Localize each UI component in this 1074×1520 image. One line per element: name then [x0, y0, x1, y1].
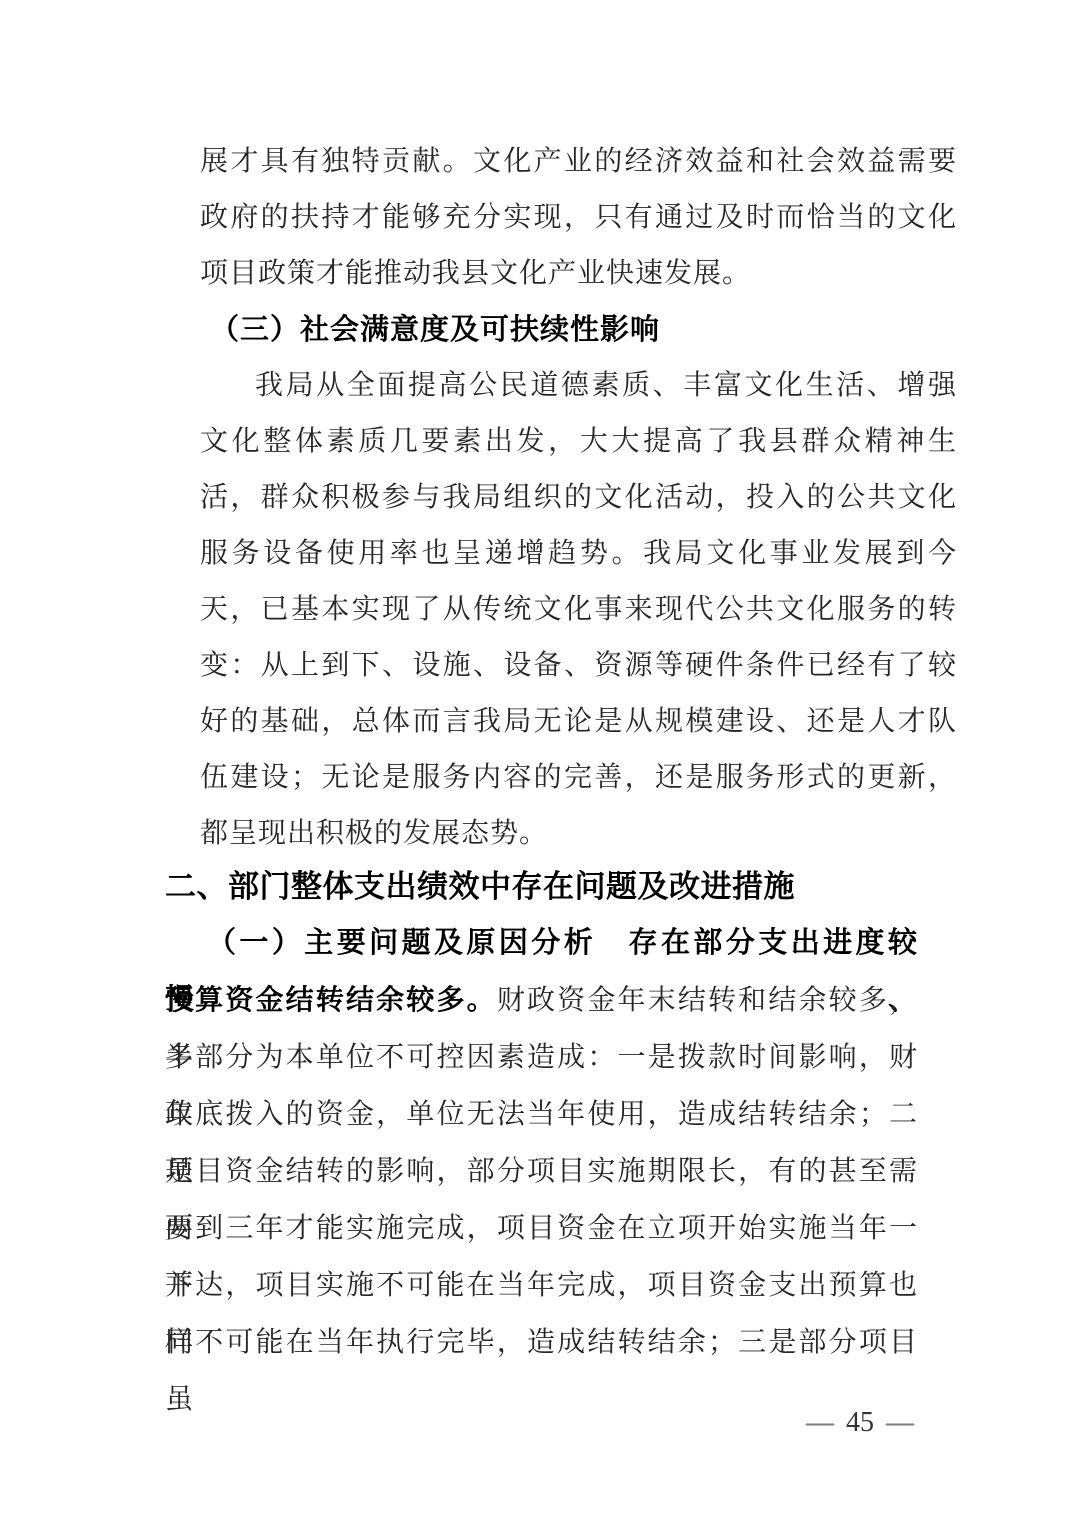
text-line: 预算资金结转结余较多。财政资金年末结转和结余较多，多: [165, 972, 918, 1029]
page-number: 45: [846, 1406, 874, 1440]
text-line: 半部分为本单位不可控因素造成：一是拨款时间影响，财政: [165, 1029, 918, 1086]
text-segment: 政府的扶持才能够充分实现，只有通过及时而恰当的文化: [200, 202, 957, 233]
text-segment: 展才具有独特贡献。文化产业的经济效益和社会效益需要: [200, 146, 957, 177]
section-heading-3: （三）社会满意度及可扶续性影响: [200, 302, 957, 358]
text-line: 下达，项目实施不可能在当年完成，项目资金支出预算也同: [165, 1257, 918, 1314]
text-segment: 变：从上到下、设施、设备、资源等硬件条件已经有了较: [200, 650, 957, 681]
text-line: 我局从全面提高公民道德素质、丰富文化生活、增强: [200, 358, 957, 414]
text-line: 都呈现出积极的发展态势。: [200, 806, 957, 862]
text-block-bottom: 二、部门整体支出绩效中存在问题及改进措施（一）主要问题及原因分析 存在部分支出进…: [165, 858, 918, 1371]
document-page: 展才具有独特贡献。文化产业的经济效益和社会效益需要政府的扶持才能够充分实现，只有…: [0, 0, 1074, 1520]
text-segment: 文化整体素质几要素出发，大大提高了我县群众精神生: [200, 426, 957, 457]
text-line: 项目政策才能推动我县文化产业快速发展。: [200, 246, 957, 302]
footer-dash-left: —: [806, 1406, 834, 1440]
text-line: 伍建设；无论是服务内容的完善，还是服务形式的更新，: [200, 750, 957, 806]
text-segment: 都呈现出积极的发展态势。: [200, 818, 548, 849]
text-line: 展才具有独特贡献。文化产业的经济效益和社会效益需要: [200, 134, 957, 190]
text-line: 变：从上到下、设施、设备、资源等硬件条件已经有了较: [200, 638, 957, 694]
text-segment: 项目政策才能推动我县文化产业快速发展。: [200, 258, 751, 289]
subsection-heading-1: （一）主要问题及原因分析 存在部分支出进度较慢、: [165, 915, 918, 972]
bold-text-segment: 二、部门整体支出绩效中存在问题及改进措施: [165, 869, 795, 904]
text-line: 好的基础，总体而言我局无论是从规模建设、还是人才队: [200, 694, 957, 750]
text-segment: 伍建设；无论是服务内容的完善，还是服务形式的更新，: [200, 762, 957, 793]
text-line: 服务设备使用率也呈递增趋势。我局文化事业发展到今: [200, 526, 957, 582]
text-line: 文化整体素质几要素出发，大大提高了我县群众精神生: [200, 414, 957, 470]
page-footer: — 45 —: [806, 1406, 914, 1440]
text-line: 年底拨入的资金，单位无法当年使用，造成结转结余；二是: [165, 1086, 918, 1143]
text-segment: 样不可能在当年执行完毕，造成结转结余；三是部分项目虽: [165, 1327, 918, 1415]
bold-text-segment: （三）社会满意度及可扶续性影响: [210, 314, 660, 346]
section-heading-2: 二、部门整体支出绩效中存在问题及改进措施: [165, 858, 918, 915]
text-segment: 活，群众积极参与我局组织的文化活动，投入的公共文化: [200, 482, 957, 513]
text-segment: 我局从全面提高公民道德素质、丰富文化生活、增强: [255, 370, 957, 401]
text-line: 活，群众积极参与我局组织的文化活动，投入的公共文化: [200, 470, 957, 526]
text-line: 天，已基本实现了从传统文化事来现代公共文化服务的转: [200, 582, 957, 638]
bold-text-segment: 预算资金结转结余较多。: [165, 985, 497, 1016]
text-segment: 天，已基本实现了从传统文化事来现代公共文化服务的转: [200, 594, 957, 625]
footer-dash-right: —: [886, 1406, 914, 1440]
text-line: 两到三年才能实施完成，项目资金在立项开始实施当年一并: [165, 1200, 918, 1257]
text-line: 项目资金结转的影响，部分项目实施期限长，有的甚至需要: [165, 1143, 918, 1200]
text-segment: 好的基础，总体而言我局无论是从规模建设、还是人才队: [200, 706, 957, 737]
text-line: 样不可能在当年执行完毕，造成结转结余；三是部分项目虽: [165, 1314, 918, 1371]
text-line: 政府的扶持才能够充分实现，只有通过及时而恰当的文化: [200, 190, 957, 246]
text-block-top: 展才具有独特贡献。文化产业的经济效益和社会效益需要政府的扶持才能够充分实现，只有…: [200, 134, 957, 862]
text-segment: 服务设备使用率也呈递增趋势。我局文化事业发展到今: [200, 538, 957, 569]
